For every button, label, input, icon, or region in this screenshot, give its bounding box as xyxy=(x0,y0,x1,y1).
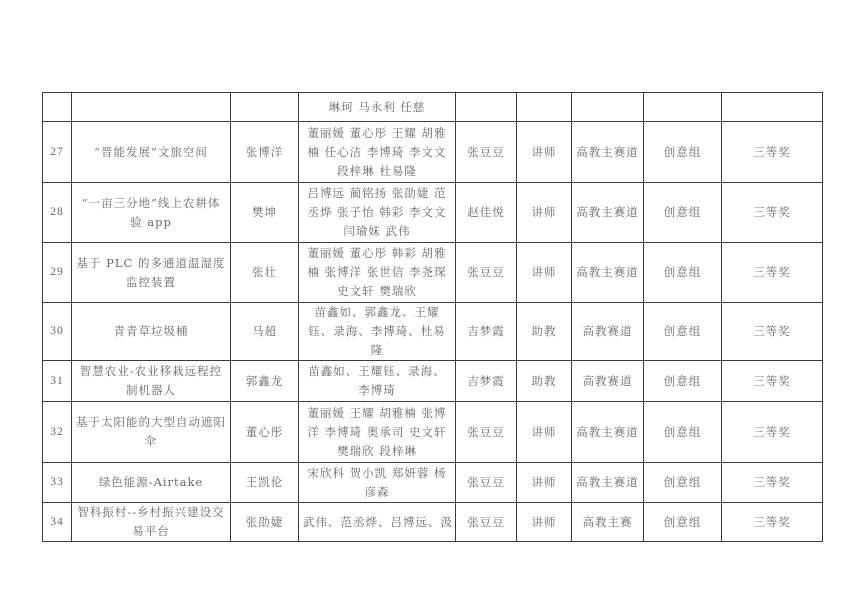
cell-group: 创意组 xyxy=(644,183,722,243)
cell-award: 三等奖 xyxy=(722,463,823,503)
cell-title: 助教 xyxy=(517,361,572,402)
cell-group: 创意组 xyxy=(644,122,722,183)
cell-track: 高教赛道 xyxy=(572,303,644,361)
cell-num: 33 xyxy=(43,463,72,503)
cell-track: 高教赛道 xyxy=(572,361,644,402)
cell-award xyxy=(722,93,823,122)
cell-advisor: 张豆豆 xyxy=(456,122,517,183)
cell-track: 高教主赛 xyxy=(572,503,644,542)
cell-members: 吕博远 蔺铭扬 张劭婕 范丞烨 张子怡 韩彩 李文文 闫瑜妹 武伟 xyxy=(299,183,456,243)
cell-title xyxy=(517,93,572,122)
cell-group: 创意组 xyxy=(644,361,722,402)
table-row: 29 基于 PLC 的多通道温湿度监控装置 张壮 董丽媛 董心彤 韩彩 胡雅楠 … xyxy=(43,243,823,303)
cell-track: 高教主赛道 xyxy=(572,243,644,303)
cell-num: 31 xyxy=(43,361,72,402)
cell-group: 创意组 xyxy=(644,303,722,361)
table-row: 28 “一亩三分地”线上农耕体验 app 樊坤 吕博远 蔺铭扬 张劭婕 范丞烨 … xyxy=(43,183,823,243)
cell-leader: 董心彤 xyxy=(231,402,299,463)
cell-num: 30 xyxy=(43,303,72,361)
cell-leader: 郭鑫龙 xyxy=(231,361,299,402)
cell-num: 34 xyxy=(43,503,72,542)
cell-leader: 张劭婕 xyxy=(231,503,299,542)
cell-advisor: 吉梦霞 xyxy=(456,361,517,402)
cell-track: 高教主赛道 xyxy=(572,463,644,503)
cell-leader: 马超 xyxy=(231,303,299,361)
cell-advisor: 张豆豆 xyxy=(456,463,517,503)
cell-track: 高教主赛道 xyxy=(572,183,644,243)
awards-table: 琳珂 马永利 任慈 27 “晋能发展”文旅空间 张博洋 董丽媛 董心彤 王耀 胡… xyxy=(42,92,823,542)
cell-members: 董丽媛 董心彤 王耀 胡雅楠 任心洁 李博琦 李文文 段梓琳 杜易隆 xyxy=(299,122,456,183)
cell-project: “晋能发展”文旅空间 xyxy=(72,122,231,183)
cell-num xyxy=(43,93,72,122)
table-row: 27 “晋能发展”文旅空间 张博洋 董丽媛 董心彤 王耀 胡雅楠 任心洁 李博琦… xyxy=(43,122,823,183)
cell-project: 绿色能源-Airtake xyxy=(72,463,231,503)
cell-project xyxy=(72,93,231,122)
cell-title: 讲师 xyxy=(517,463,572,503)
cell-members: 苗鑫如、郭鑫龙、王耀钰、录海、李博琦、杜易隆 xyxy=(299,303,456,361)
cell-title: 讲师 xyxy=(517,503,572,542)
cell-award: 三等奖 xyxy=(722,361,823,402)
cell-title: 讲师 xyxy=(517,402,572,463)
cell-award: 三等奖 xyxy=(722,303,823,361)
cell-project: 智慧农业-农业移栽远程控制机器人 xyxy=(72,361,231,402)
cell-num: 28 xyxy=(43,183,72,243)
cell-title: 讲师 xyxy=(517,243,572,303)
cell-project: 基于太阳能的大型自动遮阳伞 xyxy=(72,402,231,463)
cell-advisor: 张豆豆 xyxy=(456,503,517,542)
cell-num: 29 xyxy=(43,243,72,303)
cell-project: 基于 PLC 的多通道温湿度监控装置 xyxy=(72,243,231,303)
cell-members: 苗鑫如、王耀钰、录海、李博琦 xyxy=(299,361,456,402)
cell-leader: 张壮 xyxy=(231,243,299,303)
cell-members: 武伟、范丞烨、吕博远、汲 xyxy=(299,503,456,542)
table-row-continuation: 琳珂 马永利 任慈 xyxy=(43,93,823,122)
cell-award: 三等奖 xyxy=(722,402,823,463)
table-row: 34 智科振村--乡村振兴建设交易平台 张劭婕 武伟、范丞烨、吕博远、汲 张豆豆… xyxy=(43,503,823,542)
cell-members: 宋欣科 贺小凯 郑妍蓉 杨彦森 xyxy=(299,463,456,503)
cell-award: 三等奖 xyxy=(722,243,823,303)
cell-advisor xyxy=(456,93,517,122)
cell-award: 三等奖 xyxy=(722,122,823,183)
cell-title: 讲师 xyxy=(517,183,572,243)
cell-num: 32 xyxy=(43,402,72,463)
cell-group: 创意组 xyxy=(644,243,722,303)
cell-members: 董丽媛 王耀 胡雅楠 张博洋 李博琦 奥承司 史文轩 樊瑞欣 段梓琳 xyxy=(299,402,456,463)
cell-title: 讲师 xyxy=(517,122,572,183)
table-row: 31 智慧农业-农业移栽远程控制机器人 郭鑫龙 苗鑫如、王耀钰、录海、李博琦 吉… xyxy=(43,361,823,402)
cell-award: 三等奖 xyxy=(722,503,823,542)
cell-group: 创意组 xyxy=(644,463,722,503)
table-row: 32 基于太阳能的大型自动遮阳伞 董心彤 董丽媛 王耀 胡雅楠 张博洋 李博琦 … xyxy=(43,402,823,463)
table-row: 30 青青草垃圾桶 马超 苗鑫如、郭鑫龙、王耀钰、录海、李博琦、杜易隆 吉梦霞 … xyxy=(43,303,823,361)
cell-track xyxy=(572,93,644,122)
cell-award: 三等奖 xyxy=(722,183,823,243)
cell-leader: 王凯伦 xyxy=(231,463,299,503)
cell-track: 高教主赛道 xyxy=(572,122,644,183)
cell-title: 助教 xyxy=(517,303,572,361)
cell-leader: 樊坤 xyxy=(231,183,299,243)
table-row: 33 绿色能源-Airtake 王凯伦 宋欣科 贺小凯 郑妍蓉 杨彦森 张豆豆 … xyxy=(43,463,823,503)
cell-group: 创意组 xyxy=(644,402,722,463)
cell-advisor: 张豆豆 xyxy=(456,243,517,303)
cell-group: 创意组 xyxy=(644,503,722,542)
cell-num: 27 xyxy=(43,122,72,183)
cell-members: 董丽媛 董心彤 韩彩 胡雅楠 张博洋 张世信 李尧琛 史文轩 樊瑞欣 xyxy=(299,243,456,303)
cell-group xyxy=(644,93,722,122)
cell-project: 青青草垃圾桶 xyxy=(72,303,231,361)
cell-project: 智科振村--乡村振兴建设交易平台 xyxy=(72,503,231,542)
cell-leader xyxy=(231,93,299,122)
cell-advisor: 吉梦霞 xyxy=(456,303,517,361)
cell-project: “一亩三分地”线上农耕体验 app xyxy=(72,183,231,243)
cell-advisor: 赵佳悦 xyxy=(456,183,517,243)
cell-members: 琳珂 马永利 任慈 xyxy=(299,93,456,122)
cell-track: 高教主赛道 xyxy=(572,402,644,463)
cell-advisor: 张豆豆 xyxy=(456,402,517,463)
cell-leader: 张博洋 xyxy=(231,122,299,183)
